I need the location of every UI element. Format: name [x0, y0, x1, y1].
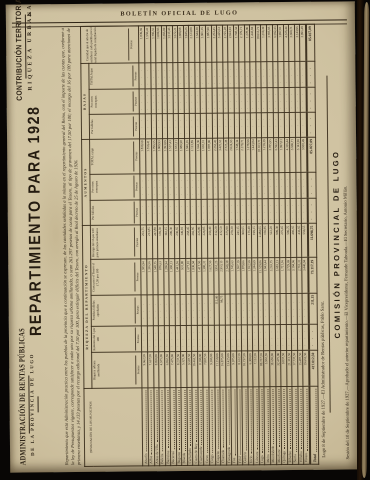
cell-content: · · ·: [263, 199, 268, 224]
cell-content: · · ·: [185, 114, 190, 138]
cell-content: · · ·: [303, 293, 308, 323]
cell-content: 2.484,65: [258, 225, 263, 258]
cell-content: · · ·: [202, 199, 207, 224]
cell-content: 7.637,50: [148, 353, 153, 387]
cell-content: · · ·: [303, 324, 308, 350]
dotted-leader: [145, 390, 147, 452]
cell-content: 522,20: [269, 225, 274, 258]
cell-content: · · ·: [174, 174, 179, 199]
pesetas-label: Pesetas: [135, 297, 140, 323]
dotted-leader: [267, 389, 269, 453]
cell-content: · · ·: [213, 173, 218, 198]
cell-content: 230,65: [175, 225, 180, 258]
cell-content: 1.644,30: [195, 26, 200, 62]
cell-content: · · ·: [201, 89, 206, 113]
column-header: Por otros conceptosPesetas: [90, 174, 140, 200]
municipality-name: Castroverde: [199, 446, 204, 463]
pesetas-label: Pesetas: [133, 91, 138, 112]
cell-content: 3.600,71: [289, 25, 294, 61]
cell-content: · · ·: [162, 114, 167, 138]
cell-content: · · ·: [173, 63, 178, 88]
cell-content: 2.725,28: [224, 138, 229, 172]
cell-content: · · ·: [302, 173, 307, 198]
cell-content: · · ·: [291, 173, 296, 198]
cell-content: · · ·: [212, 63, 217, 88]
cell-content: · · ·: [142, 326, 147, 352]
municipality-name: Guitiriz: [243, 452, 248, 463]
cell-content: · · ·: [273, 113, 278, 137]
dotted-leader: [195, 389, 197, 441]
cell-content: 433,65: [297, 224, 302, 257]
dotted-leader: [289, 388, 291, 448]
pesetas-label: Pesetas: [133, 141, 139, 171]
cell-content: 312,20: [213, 225, 218, 258]
cell-content: · · ·: [252, 173, 257, 198]
empty-cell: · · ·: [309, 324, 318, 351]
cell-content: · · ·: [212, 89, 217, 113]
column-header: TOTAL cargoPesetas: [90, 139, 140, 175]
cell-content: 1.796,55: [151, 26, 156, 62]
cell-content: 220,85: [202, 225, 207, 258]
dotted-leader: [262, 389, 264, 454]
cell-content: 2.953,13: [219, 259, 224, 293]
cell-content: 6.300,00: [248, 352, 253, 386]
dotted-leader: [284, 389, 286, 450]
cell-content: 1.393,09: [163, 139, 168, 173]
cell-content: · · ·: [187, 325, 192, 351]
cell-content: 6.862,50: [165, 353, 170, 387]
cell-content: · · ·: [287, 325, 292, 351]
municipality-name: Mondoñedo: [271, 446, 276, 463]
column-header: Por fallidasPesetas: [90, 114, 140, 139]
cell-content: · · ·: [185, 174, 190, 199]
cell-content: · · ·: [190, 114, 195, 138]
cell-content: 1.839,69: [140, 139, 145, 173]
cell-content: 3.785,95: [268, 138, 273, 172]
dotted-leader: [240, 389, 242, 454]
cell-content: · · ·: [220, 325, 225, 351]
cell-content: · · ·: [235, 173, 240, 198]
column-header-text: TOTAL cargoPesetas: [90, 139, 139, 174]
cell-content: 268,45: [186, 225, 191, 258]
dotted-leader: [306, 388, 308, 450]
cell-content: 3.143,96: [295, 25, 300, 61]
cell-content: · · ·: [280, 199, 285, 224]
column-header: TOTAL bajasPesetas: [89, 63, 139, 89]
cell-content: 3.425,63: [217, 26, 222, 62]
cell-content: · · ·: [268, 113, 273, 137]
cell-content: 18.650,00: [270, 352, 275, 386]
cell-content: 1.278,90: [245, 25, 250, 61]
cell-content: · · ·: [290, 62, 295, 87]
cell-content: · · ·: [213, 199, 218, 224]
cell-content: · · ·: [291, 198, 296, 223]
intro-paragraph: Repartimiento que esta Administración pr…: [60, 28, 82, 465]
municipality-cell: Total: [309, 386, 318, 465]
cell-content: · · ·: [174, 200, 179, 225]
cell-content: 1.080,98: [179, 139, 184, 173]
cell-content: · · ·: [257, 173, 262, 198]
cell-content: 1.278,90: [246, 138, 251, 172]
cell-content: · · ·: [241, 199, 246, 224]
cell-content: 3.440,94: [303, 258, 308, 292]
column-header-text: Por otros conceptosPesetas: [90, 90, 139, 114]
cell-content: 15.487,50: [298, 351, 303, 385]
dotted-leader: [315, 388, 317, 452]
column-header: Por fallidasPesetas: [91, 199, 141, 225]
cell-content: · · ·: [295, 62, 300, 87]
masthead: 4 BOLETÍN OFICIAL DE LUGO: [12, 6, 347, 21]
cell-content: · · ·: [140, 114, 145, 138]
cell-content: · · ·: [153, 326, 158, 352]
cell-content: · · ·: [163, 174, 168, 199]
cell-content: · · ·: [179, 63, 184, 88]
municipality-name: Antas de Ulla: [155, 444, 160, 463]
municipality-name: Vivero: [305, 453, 309, 463]
cell-content: 496,65: [291, 224, 296, 257]
cell-content: · · ·: [168, 63, 173, 88]
value-cell: 85.027,09: [306, 24, 315, 61]
cell-content: 1.210,39: [263, 138, 268, 172]
cell-content: · · ·: [203, 325, 208, 351]
cell-content: 1.380,31: [203, 259, 208, 293]
cell-content: · · ·: [196, 114, 201, 138]
cell-content: 3.425,63: [218, 138, 223, 172]
cell-content: 176,40: [247, 225, 252, 258]
cell-content: 73.117,19: [309, 258, 316, 292]
value-cell: 211,15: [308, 293, 317, 324]
session-line: Sesión del 10 de Septiembre de 1927.—Apr…: [341, 28, 350, 459]
municipality-name: Cospeito: [216, 451, 221, 463]
cell-content: · · ·: [235, 113, 240, 137]
cell-content: 1.997,01: [279, 138, 284, 172]
cell-content: 1.548,75: [153, 260, 158, 294]
cell-content: 1.517,43: [167, 26, 172, 62]
column-header-text: Por otros conceptosPesetas: [91, 174, 140, 199]
cell-content: · · ·: [208, 199, 213, 224]
municipality-name: Chantada: [221, 450, 226, 463]
column-header-text: TOTAL bajasPesetas: [90, 64, 139, 89]
cell-content: 1.627,50: [208, 259, 213, 293]
cell-content: 1.102,50: [247, 259, 252, 293]
cell-content: · · ·: [168, 89, 173, 113]
municipality-name: Cervo: [205, 455, 209, 464]
cell-content: · · ·: [246, 113, 251, 137]
cell-content: · · ·: [308, 172, 315, 197]
cell-content: 472,50: [219, 225, 224, 258]
dotted-leader: [162, 390, 164, 452]
cell-content: · · ·: [181, 326, 186, 352]
cell-content: 98,75: [220, 294, 225, 324]
empty-cell: · · ·: [306, 61, 315, 87]
contribution-line1: CONTRIBUCIÓN TERRITORIAL: [15, 0, 24, 100]
cell-content: 10.462,50: [192, 352, 197, 386]
column-group-label: BAJAS: [82, 64, 90, 138]
cell-content: 149,10: [180, 225, 185, 258]
contribution-header: CONTRIBUCIÓN TERRITORIAL RIQUEZA URBANA: [15, 0, 34, 103]
cell-content: · · ·: [148, 326, 153, 352]
empty-cell: · · ·: [307, 198, 316, 224]
cell-content: 1.796,55: [152, 139, 157, 173]
cell-content: 300,65: [241, 225, 246, 258]
cell-content: · · ·: [246, 199, 251, 224]
dotted-leader: [251, 389, 253, 454]
cell-content: · · ·: [290, 88, 295, 112]
pesetas-label: Pesetas: [133, 116, 138, 137]
column-header: Aumento del 5 por 100Pesetas: [92, 325, 142, 352]
cell-content: · · ·: [308, 113, 315, 137]
cell-content: · · ·: [223, 63, 228, 88]
column-header-text: Cuota para el Tesoro al 17,50 por 100Pes…: [92, 260, 141, 295]
cell-content: 1.080,98: [178, 26, 183, 62]
cell-content: · · ·: [274, 199, 279, 224]
cell-content: 1.748,34: [234, 25, 239, 61]
municipality-name: Friol: [238, 456, 242, 463]
cell-content: · · ·: [252, 199, 257, 224]
cell-content: 15.529,06: [258, 259, 263, 293]
cell-content: · · ·: [301, 113, 306, 137]
municipality-name: Sarria: [293, 454, 297, 462]
rule: [24, 15, 26, 79]
column-header-municipios: DESIGNACIÓN DE LOS MUNICIPIOS: [84, 387, 143, 466]
cell-content: · · ·: [146, 174, 151, 199]
cell-content: · · ·: [180, 174, 185, 199]
cell-content: 112,40: [214, 294, 219, 324]
cell-content: 19.662,50: [303, 351, 308, 385]
cell-content: 4.326,44: [284, 25, 289, 61]
column-header-label: Aumento del 5 por 100: [93, 327, 101, 352]
empty-cell: · · ·: [307, 112, 316, 137]
cell-content: 2.123,89: [189, 26, 194, 62]
cell-content: 2.710,31: [297, 258, 302, 292]
cell-content: 85.027,09: [307, 25, 314, 61]
cell-content: · · ·: [240, 113, 245, 137]
pesetas-label: Pesetas: [135, 328, 140, 350]
cell-content: · · ·: [245, 63, 250, 88]
dotted-leader: [256, 389, 258, 450]
cell-content: 1.009,93: [156, 26, 161, 62]
cell-content: 17.737,50: [292, 351, 297, 385]
municipality-name: Foz: [232, 458, 236, 463]
cell-content: · · ·: [262, 113, 267, 137]
cell-content: 9.975,00: [231, 352, 236, 386]
cell-content: 253,75: [141, 226, 146, 259]
cell-content: · · ·: [191, 199, 196, 224]
rotated-content-region: ADMINISTRACIÓN DE RENTAS PÚBLICAS DE LA …: [9, 20, 355, 470]
cell-content: 9.837,50: [281, 351, 286, 385]
municipality-name: Incio: [249, 456, 253, 463]
cell-content: 21.312,50: [287, 351, 292, 385]
cell-content: 1.443,84: [251, 138, 256, 172]
dotted-leader: [228, 389, 230, 445]
cell-content: · · ·: [157, 114, 162, 138]
cell-content: · · ·: [159, 326, 164, 352]
municipality-name: Abadín: [144, 454, 149, 464]
cell-content: · · ·: [157, 174, 162, 199]
cell-content: 1.417,50: [197, 259, 202, 293]
rule: [38, 396, 39, 412]
municipality-name: Begonte: [177, 452, 182, 464]
cell-content: 5.325,00: [181, 352, 186, 386]
cell-content: · · ·: [279, 173, 284, 198]
cell-content: · · ·: [237, 325, 242, 351]
cell-content: · · ·: [307, 88, 314, 112]
cell-content: · · ·: [147, 200, 152, 225]
cell-content: 375,90: [225, 225, 230, 258]
cell-content: 1.601,16: [202, 138, 207, 172]
cell-content: · · ·: [198, 325, 203, 351]
cell-content: 1.517,43: [168, 139, 173, 173]
municipality-name: Corgo: [210, 455, 214, 464]
cell-content: · · ·: [257, 113, 262, 137]
dotted-leader: [184, 389, 186, 450]
cell-content: · · ·: [151, 114, 156, 138]
scanned-bulletin-page: 4 BOLETÍN OFICIAL DE LUGO ADMINISTRACIÓN…: [0, 0, 370, 480]
cell-content: · · ·: [195, 63, 200, 88]
cell-content: 2.123,89: [190, 139, 195, 173]
cell-content: · · ·: [176, 326, 181, 352]
cell-content: · · ·: [169, 200, 174, 225]
dotted-leader: [273, 389, 275, 444]
cell-content: · · ·: [230, 173, 235, 198]
column-header: Recargo del 16 por 100 para primera ense…: [91, 225, 141, 260]
cell-content: · · ·: [235, 199, 240, 224]
cell-content: 3.263,75: [269, 259, 274, 293]
cell-content: · · ·: [256, 63, 261, 88]
cell-content: · · ·: [268, 173, 273, 198]
cell-content: 1.887,90: [207, 138, 212, 172]
cell-content: 1.336,56: [147, 260, 152, 294]
cell-content: 4.975,00: [159, 353, 164, 387]
cell-content: 11.698,75: [309, 224, 316, 257]
column-header-total: Cantidad que al año ha de satisfacer cad…: [81, 26, 139, 64]
cell-content: 1.946,26: [185, 139, 190, 173]
cell-content: 1.200,94: [164, 260, 169, 294]
municipality-name: Castro de Rey: [193, 444, 198, 464]
cell-content: 1.308,13: [169, 260, 174, 294]
next-page-edge: [362, 2, 369, 478]
contribution-line2: RIQUEZA URBANA: [27, 0, 34, 103]
cell-content: 4.326,44: [285, 138, 290, 172]
cell-content: · · ·: [301, 88, 306, 112]
dotted-leader: [151, 390, 153, 454]
cell-content: · · ·: [151, 64, 156, 89]
cell-content: · · ·: [256, 88, 261, 112]
cell-content: · · ·: [218, 89, 223, 113]
cell-content: 3.785,95: [267, 25, 272, 61]
municipality-cell-content: Vivero: [304, 386, 309, 464]
table-body: Abadín9.062,50· · ·· · ·1.585,94253,75· …: [139, 24, 319, 466]
document-header-row: ADMINISTRACIÓN DE RENTAS PÚBLICAS DE LA …: [9, 23, 63, 470]
cell-content: · · ·: [246, 173, 251, 198]
municipality-name: Láncara: [255, 451, 260, 462]
value-cell: 11.698,75: [308, 224, 317, 258]
column-header-text: Recargo del 16 por 100 para primera ense…: [91, 226, 140, 260]
pesetas-label: Pesetas: [134, 202, 139, 223]
cell-content: · · ·: [190, 63, 195, 88]
cell-content: 11.150,00: [215, 352, 220, 386]
cell-content: 279,30: [230, 225, 235, 258]
cell-content: 1.244,69: [253, 259, 258, 293]
cell-content: 7.112,50: [253, 352, 258, 386]
column-header: Por otros conceptosPesetas: [90, 89, 140, 114]
table-head: DESIGNACIÓN DE LOS MUNICIPIOSRIQUEZA DEL…: [81, 26, 143, 467]
cell-content: · · ·: [259, 325, 264, 351]
cell-content: 2.725,28: [223, 26, 228, 62]
cell-content: · · ·: [179, 114, 184, 138]
cell-content: · · ·: [310, 324, 317, 350]
dotted-leader: [245, 389, 247, 450]
cell-content: · · ·: [162, 63, 167, 88]
cell-content: 6.592,43: [273, 25, 278, 61]
cell-content: · · ·: [258, 199, 263, 224]
cell-content: · · ·: [234, 63, 239, 88]
column-header-label: Por fallidas: [92, 206, 96, 220]
column-header-text: Partidas fallidas aprobadasPesetas: [92, 295, 141, 325]
municipality-name: Barreiros: [166, 451, 171, 464]
cell-content: 139,30: [158, 226, 163, 259]
cell-content: 3.143,96: [296, 138, 301, 172]
cell-content: 192,15: [164, 226, 169, 259]
cell-content: 3.729,69: [286, 258, 291, 292]
cell-content: · · ·: [179, 89, 184, 113]
cell-content: 596,75: [286, 224, 291, 257]
cell-content: · · ·: [230, 199, 235, 224]
pesetas-label: Pesetas: [133, 65, 138, 86]
cell-content: · · ·: [278, 62, 283, 87]
cell-content: 1.550,41: [146, 139, 151, 173]
cell-content: 1.745,63: [230, 259, 235, 293]
cell-content: · · ·: [184, 89, 189, 113]
cell-content: 275,45: [280, 224, 285, 257]
cell-content: · · ·: [196, 174, 201, 199]
cell-content: · · ·: [274, 173, 279, 198]
dotted-leader: [223, 389, 225, 448]
municipality-name: Meira: [266, 454, 270, 462]
cell-content: 1.672,21: [173, 26, 178, 62]
cell-content: · · ·: [296, 113, 301, 137]
column-header-label: Riqueza urbana amillarada: [94, 354, 102, 387]
dotted-leader: [212, 389, 214, 452]
cell-content: 226,80: [197, 225, 202, 258]
cell-content: · · ·: [173, 89, 178, 113]
cell-content: · · ·: [158, 200, 163, 225]
column-header-text: DESIGNACIÓN DE LOS MUNICIPIOS: [89, 388, 139, 466]
cell-content: 292,95: [191, 225, 196, 258]
cell-content: · · ·: [197, 199, 202, 224]
cell-content: · · ·: [207, 173, 212, 198]
cell-content: 909,30: [274, 224, 279, 257]
cell-content: · · ·: [224, 173, 229, 198]
cell-content: · · ·: [157, 89, 162, 113]
cell-content: · · ·: [273, 62, 278, 87]
cell-content: · · ·: [141, 174, 146, 199]
cell-content: 1.393,09: [162, 26, 167, 62]
cell-content: · · ·: [146, 114, 151, 138]
cell-content: · · ·: [164, 326, 169, 352]
cell-content: · · ·: [229, 89, 234, 113]
cell-content: · · ·: [218, 113, 223, 137]
cell-content: 1.839,69: [139, 26, 144, 62]
cell-content: · · ·: [263, 173, 268, 198]
cell-content: 1.601,16: [200, 26, 205, 62]
cell-content: 16.875,00: [220, 352, 225, 386]
document-title: REPARTIMIENTO PARA 1928: [14, 105, 45, 336]
cell-content: 931,88: [180, 259, 185, 293]
cell-content: 8.612,50: [237, 352, 242, 386]
municipality-name: Quiroga: [282, 451, 287, 463]
cell-content: 10.737,50: [242, 352, 247, 386]
